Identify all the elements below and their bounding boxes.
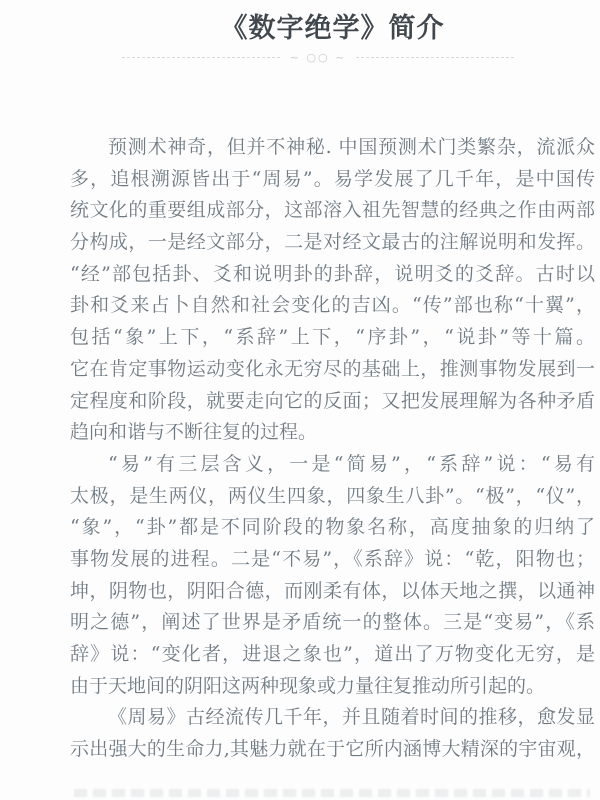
scanned-book-page: 《数字绝学》简介 ~ ○○ ~ 预测术神奇，但并不神秘. 中国预测术门类繁杂，流… [0,0,600,800]
text-line: 辞》说：“变化者，进退之象也”，道出了万物变化无穷，是 [70,639,595,671]
page-title: 《数字绝学》简介 [70,6,595,45]
text-line: 它在肯定事物运动变化永无穷尽的基础上，推测事物发展到一 [70,354,595,386]
text-line: 趋向和谐与不断往复的过程。 [70,417,595,449]
text-line: 预测术神奇，但并不神秘. 中国预测术门类繁杂，流派众 [70,132,595,164]
text-line: 坤，阴物也，阴阳合德，而刚柔有体，以体天地之撰，以通神 [70,576,595,608]
title-divider: ~ ○○ ~ [122,52,514,63]
divider-rule-right [356,57,514,58]
text-line: 多，追根溯源皆出于“周易”。易学发展了几千年，是中国传 [70,164,595,196]
body-text: 预测术神奇，但并不神秘. 中国预测术门类繁杂，流派众多，追根溯源皆出于“周易”。… [70,132,595,766]
cut-off-next-line [74,789,590,797]
divider-rule-left [122,57,280,58]
divider-ornament-icon: ~ ○○ ~ [290,52,347,63]
text-line: 定程度和阶段，就要走向它的反面；又把发展理解为各种矛盾 [70,386,595,418]
text-line: 明之德”，阐述了世界是矛盾统一的整体。三是“变易”，《系 [70,607,595,639]
text-line: 卦和爻来占卜自然和社会变化的吉凶。“传”部也称“十翼”， [70,290,595,322]
text-line: 示出强大的生命力,其魅力就在于它所内涵博大精深的宇宙观， [70,734,595,766]
text-line: 太极，是生两仪，两仪生四象，四象生八卦”。“极”，“仪”， [70,481,595,513]
text-line: 由于天地间的阴阳这两种现象或力量往复推动所引起的。 [70,671,595,703]
text-line: “易”有三层含义，一是“简易”，“系辞”说：“易有 [70,449,595,481]
text-line: “象”，“卦”都是不同阶段的物象名称，高度抽象的归纳了 [70,512,595,544]
text-line: 统文化的重要组成部分，这部溶入祖先智慧的经典之作由两部 [70,195,595,227]
text-line: 分构成，一是经文部分，二是对经文最古的注解说明和发挥。 [70,227,595,259]
text-line: 包括“象”上下，“系辞”上下，“序卦”，“说卦”等十篇。 [70,322,595,354]
text-line: 事物发展的进程。二是“不易”，《系辞》说：“乾，阳物也； [70,544,595,576]
text-line: 《周易》古经流传几千年，并且随着时间的推移，愈发显 [70,702,595,734]
text-line: “经”部包括卦、爻和说明卦的卦辞，说明爻的爻辞。古时以 [70,259,595,291]
